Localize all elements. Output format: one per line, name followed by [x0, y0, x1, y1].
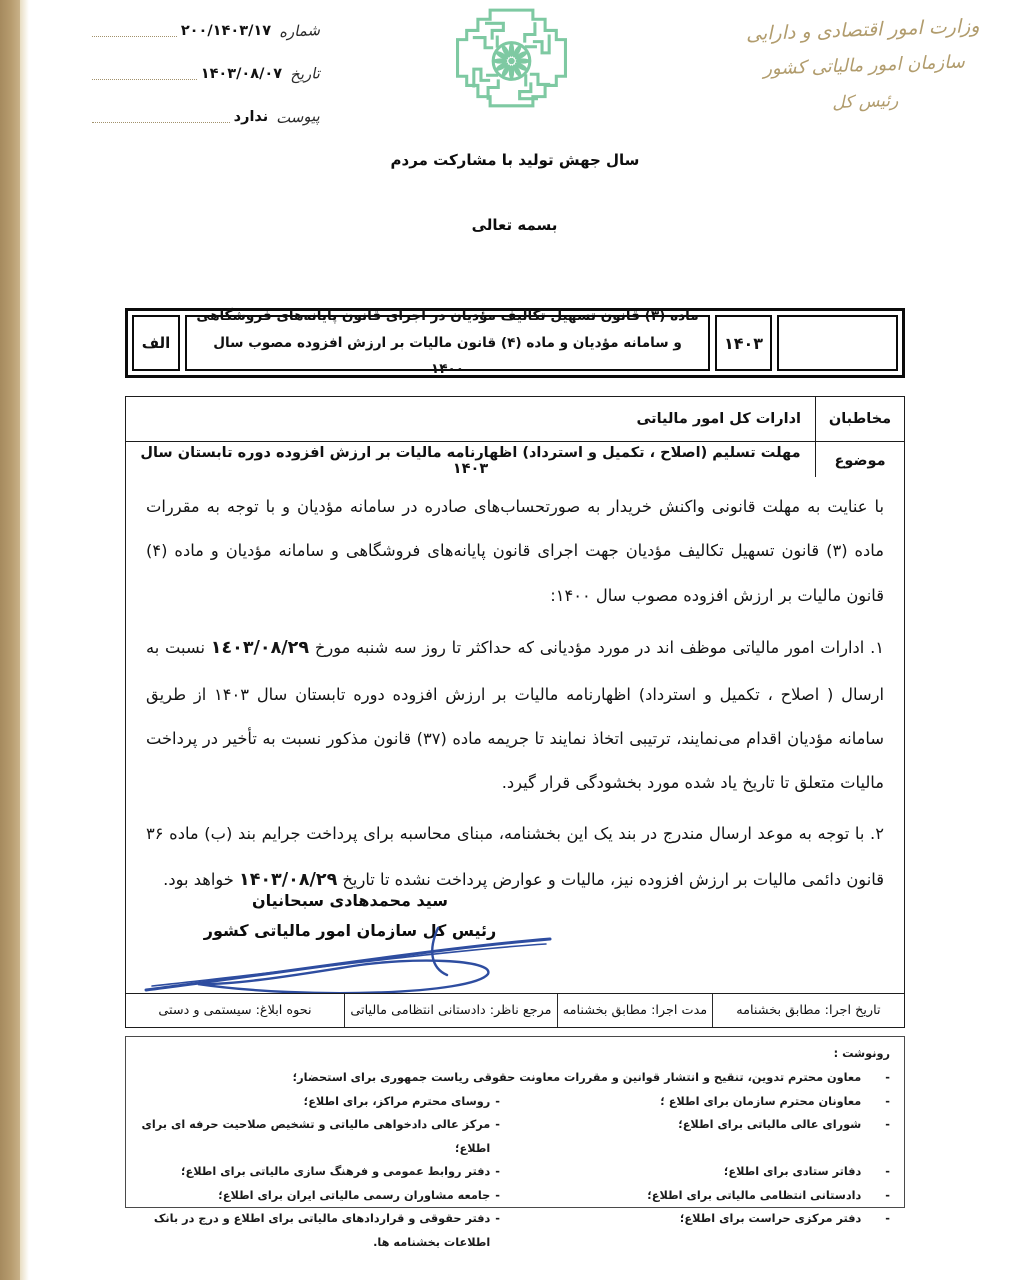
cc-item: - دفتر حقوقی و قراردادهای مالیاتی برای ا… [140, 1207, 500, 1254]
dotted-leader [92, 111, 230, 123]
letter-attachment-row: پیوست ندارد [92, 104, 320, 130]
signer-name: سید محمدهادی سبحانیان [168, 886, 532, 916]
dash-bullet: - [495, 1160, 500, 1184]
cc-row: - دفتر مرکزی حراست برای اطلاع؛ - دفتر حق… [140, 1207, 890, 1254]
tax-administration-emblem-icon [448, 5, 575, 117]
subject-label: موضوع [815, 442, 904, 479]
cc-item-text: دفتر مرکزی حراست برای اطلاع؛ [680, 1207, 861, 1254]
dotted-leader [92, 25, 177, 37]
recipients-row: مخاطبان ادارات کل امور مالیاتی [126, 397, 904, 442]
dash-bullet: - [885, 1090, 890, 1114]
date-label: تاریخ [290, 64, 321, 84]
supervisory-authority-cell: مرجع ناظر: دادستانی انتظامی مالیاتی [344, 994, 557, 1027]
cc-item-text: شورای عالی مالیاتی برای اطلاع؛ [678, 1113, 861, 1160]
year-slogan: سال جهش تولید با مشارکت مردم [315, 151, 715, 169]
execution-date-cell: تاریخ اجرا: مطابق بخشنامه [712, 994, 904, 1027]
dash-bullet: - [495, 1090, 500, 1114]
dotted-leader [92, 68, 197, 80]
attachment-label: پیوست [276, 107, 321, 127]
execution-duration-cell: مدت اجرا: مطابق بخشنامه [557, 994, 712, 1027]
cc-item-text: دادستانی انتظامی مالیاتی برای اطلاع؛ [647, 1184, 861, 1208]
cc-item-text: معاون محترم تدوین، تنقیح و انتشار قوانین… [293, 1066, 862, 1090]
cc-label: رونوشت : [140, 1044, 890, 1064]
dash-bullet: - [885, 1184, 890, 1208]
circular-title-cell: ماده (۳) قانون تسهیل تکالیف مؤدیان در اج… [185, 315, 710, 371]
subject-row: موضوع مهلت تسلیم (اصلاح ، تکمیل و استردا… [126, 442, 904, 479]
cc-item: - مرکز عالی دادخواهی مالیاتی و تشخیص صلا… [140, 1113, 500, 1160]
number-value: ۲۰۰/۱۴۰۳/۱۷ [181, 23, 271, 39]
cc-item-text: جامعه مشاوران رسمی مالیاتی ایران برای اط… [218, 1184, 490, 1208]
cc-item-text: دفتر روابط عمومی و فرهنگ سازی مالیاتی بر… [181, 1160, 490, 1184]
letter-meta: شماره ۲۰۰/۱۴۰۳/۱۷ تاریخ ۱۴۰۳/۰۸/۰۷ پیوست… [92, 18, 320, 147]
cc-item-text: معاونان محترم سازمان برای اطلاع ؛ [660, 1090, 861, 1114]
cc-row: - معاونان محترم سازمان برای اطلاع ؛ - رو… [140, 1090, 890, 1114]
cc-row: - شورای عالی مالیاتی برای اطلاع؛ - مرکز … [140, 1113, 890, 1160]
basmala: بسمه تعالی [0, 216, 1029, 234]
cc-item-text: مرکز عالی دادخواهی مالیاتی و تشخیص صلاحی… [140, 1113, 490, 1160]
dash-bullet: - [495, 1184, 500, 1208]
cc-item: - معاون محترم تدوین، تنقیح و انتشار قوان… [140, 1066, 890, 1090]
letter-date-row: تاریخ ۱۴۰۳/۰۸/۰۷ [92, 61, 320, 87]
cc-item: - دفتر روابط عمومی و فرهنگ سازی مالیاتی … [140, 1160, 500, 1184]
recipients-label: مخاطبان [815, 397, 904, 441]
circular-type-cell [777, 315, 898, 371]
cc-item-text: روسای محترم مراکز، برای اطلاع؛ [304, 1090, 491, 1114]
attachment-value: ندارد [234, 109, 269, 125]
cc-item: - معاونان محترم سازمان برای اطلاع ؛ [500, 1090, 890, 1114]
paragraph-1-text: ۱. ادارات امور مالیاتی موظف اند در مورد … [309, 638, 884, 657]
dash-bullet: - [885, 1160, 890, 1184]
cc-item-text: دفتر حقوقی و قراردادهای مالیاتی برای اطل… [140, 1207, 490, 1254]
recipients-subject-table: مخاطبان ادارات کل امور مالیاتی موضوع مهل… [125, 396, 905, 480]
letter-number-row: شماره ۲۰۰/۱۴۰۳/۱۷ [92, 18, 320, 44]
execution-info-table: تاریخ اجرا: مطابق بخشنامه مدت اجرا: مطاب… [125, 993, 905, 1028]
dash-bullet: - [495, 1207, 500, 1254]
cc-item: - دادستانی انتظامی مالیاتی برای اطلاع؛ [500, 1184, 890, 1208]
body-paragraph-intro: با عنایت به مهلت قانونی واکنش خریدار به … [146, 485, 884, 618]
cc-item: - شورای عالی مالیاتی برای اطلاع؛ [500, 1113, 890, 1160]
cc-row: - دادستانی انتظامی مالیاتی برای اطلاع؛ -… [140, 1184, 890, 1208]
organization-letterhead: وزارت امور اقتصادی و دارایی سازمان امور … [716, 7, 1012, 125]
cc-row: - دفاتر ستادی برای اطلاع؛ - دفتر روابط ع… [140, 1160, 890, 1184]
cc-item: - دفاتر ستادی برای اطلاع؛ [500, 1160, 890, 1184]
recipients-value: ادارات کل امور مالیاتی [126, 411, 815, 427]
cc-item: - جامعه مشاوران رسمی مالیاتی ایران برای … [140, 1184, 500, 1208]
circular-document-page: شماره ۲۰۰/۱۴۰۳/۱۷ تاریخ ۱۴۰۳/۰۸/۰۷ پیوست… [0, 0, 1029, 1280]
cc-row: - معاون محترم تدوین، تنقیح و انتشار قوان… [140, 1066, 890, 1090]
paragraph-1-text: نسبت به ارسال ( اصلاح ، تکمیل و استرداد)… [146, 638, 884, 792]
dash-bullet: - [885, 1207, 890, 1254]
body-paragraph-1: ۱. ادارات امور مالیاتی موظف اند در مورد … [146, 625, 884, 806]
dash-bullet: - [495, 1113, 500, 1160]
cc-item-text: دفاتر ستادی برای اطلاع؛ [724, 1160, 861, 1184]
circular-class-cell: الف [132, 315, 180, 371]
dash-bullet: - [885, 1066, 890, 1090]
date-value: ۱۴۰۳/۰۸/۰۷ [201, 66, 282, 82]
deadline-date: ۱٤۰۳/۰۸/۲۹ [211, 638, 309, 658]
notification-method-cell: نحوه ابلاغ: سیستمی و دستی [126, 994, 344, 1027]
cc-item: - روسای محترم مراکز، برای اطلاع؛ [140, 1090, 500, 1114]
cc-item: - دفتر مرکزی حراست برای اطلاع؛ [500, 1207, 890, 1254]
scan-edge-strip [0, 0, 20, 1280]
subject-value: مهلت تسلیم (اصلاح ، تکمیل و استرداد) اظه… [126, 445, 815, 477]
scan-edge-fade [20, 0, 29, 1280]
circular-year-cell: ۱۴۰۳ [715, 315, 772, 371]
classification-table: ۱۴۰۳ ماده (۳) قانون تسهیل تکالیف مؤدیان … [125, 308, 905, 378]
dash-bullet: - [885, 1113, 890, 1160]
number-label: شماره [279, 21, 321, 41]
cc-box: رونوشت : - معاون محترم تدوین، تنقیح و ان… [125, 1036, 905, 1208]
